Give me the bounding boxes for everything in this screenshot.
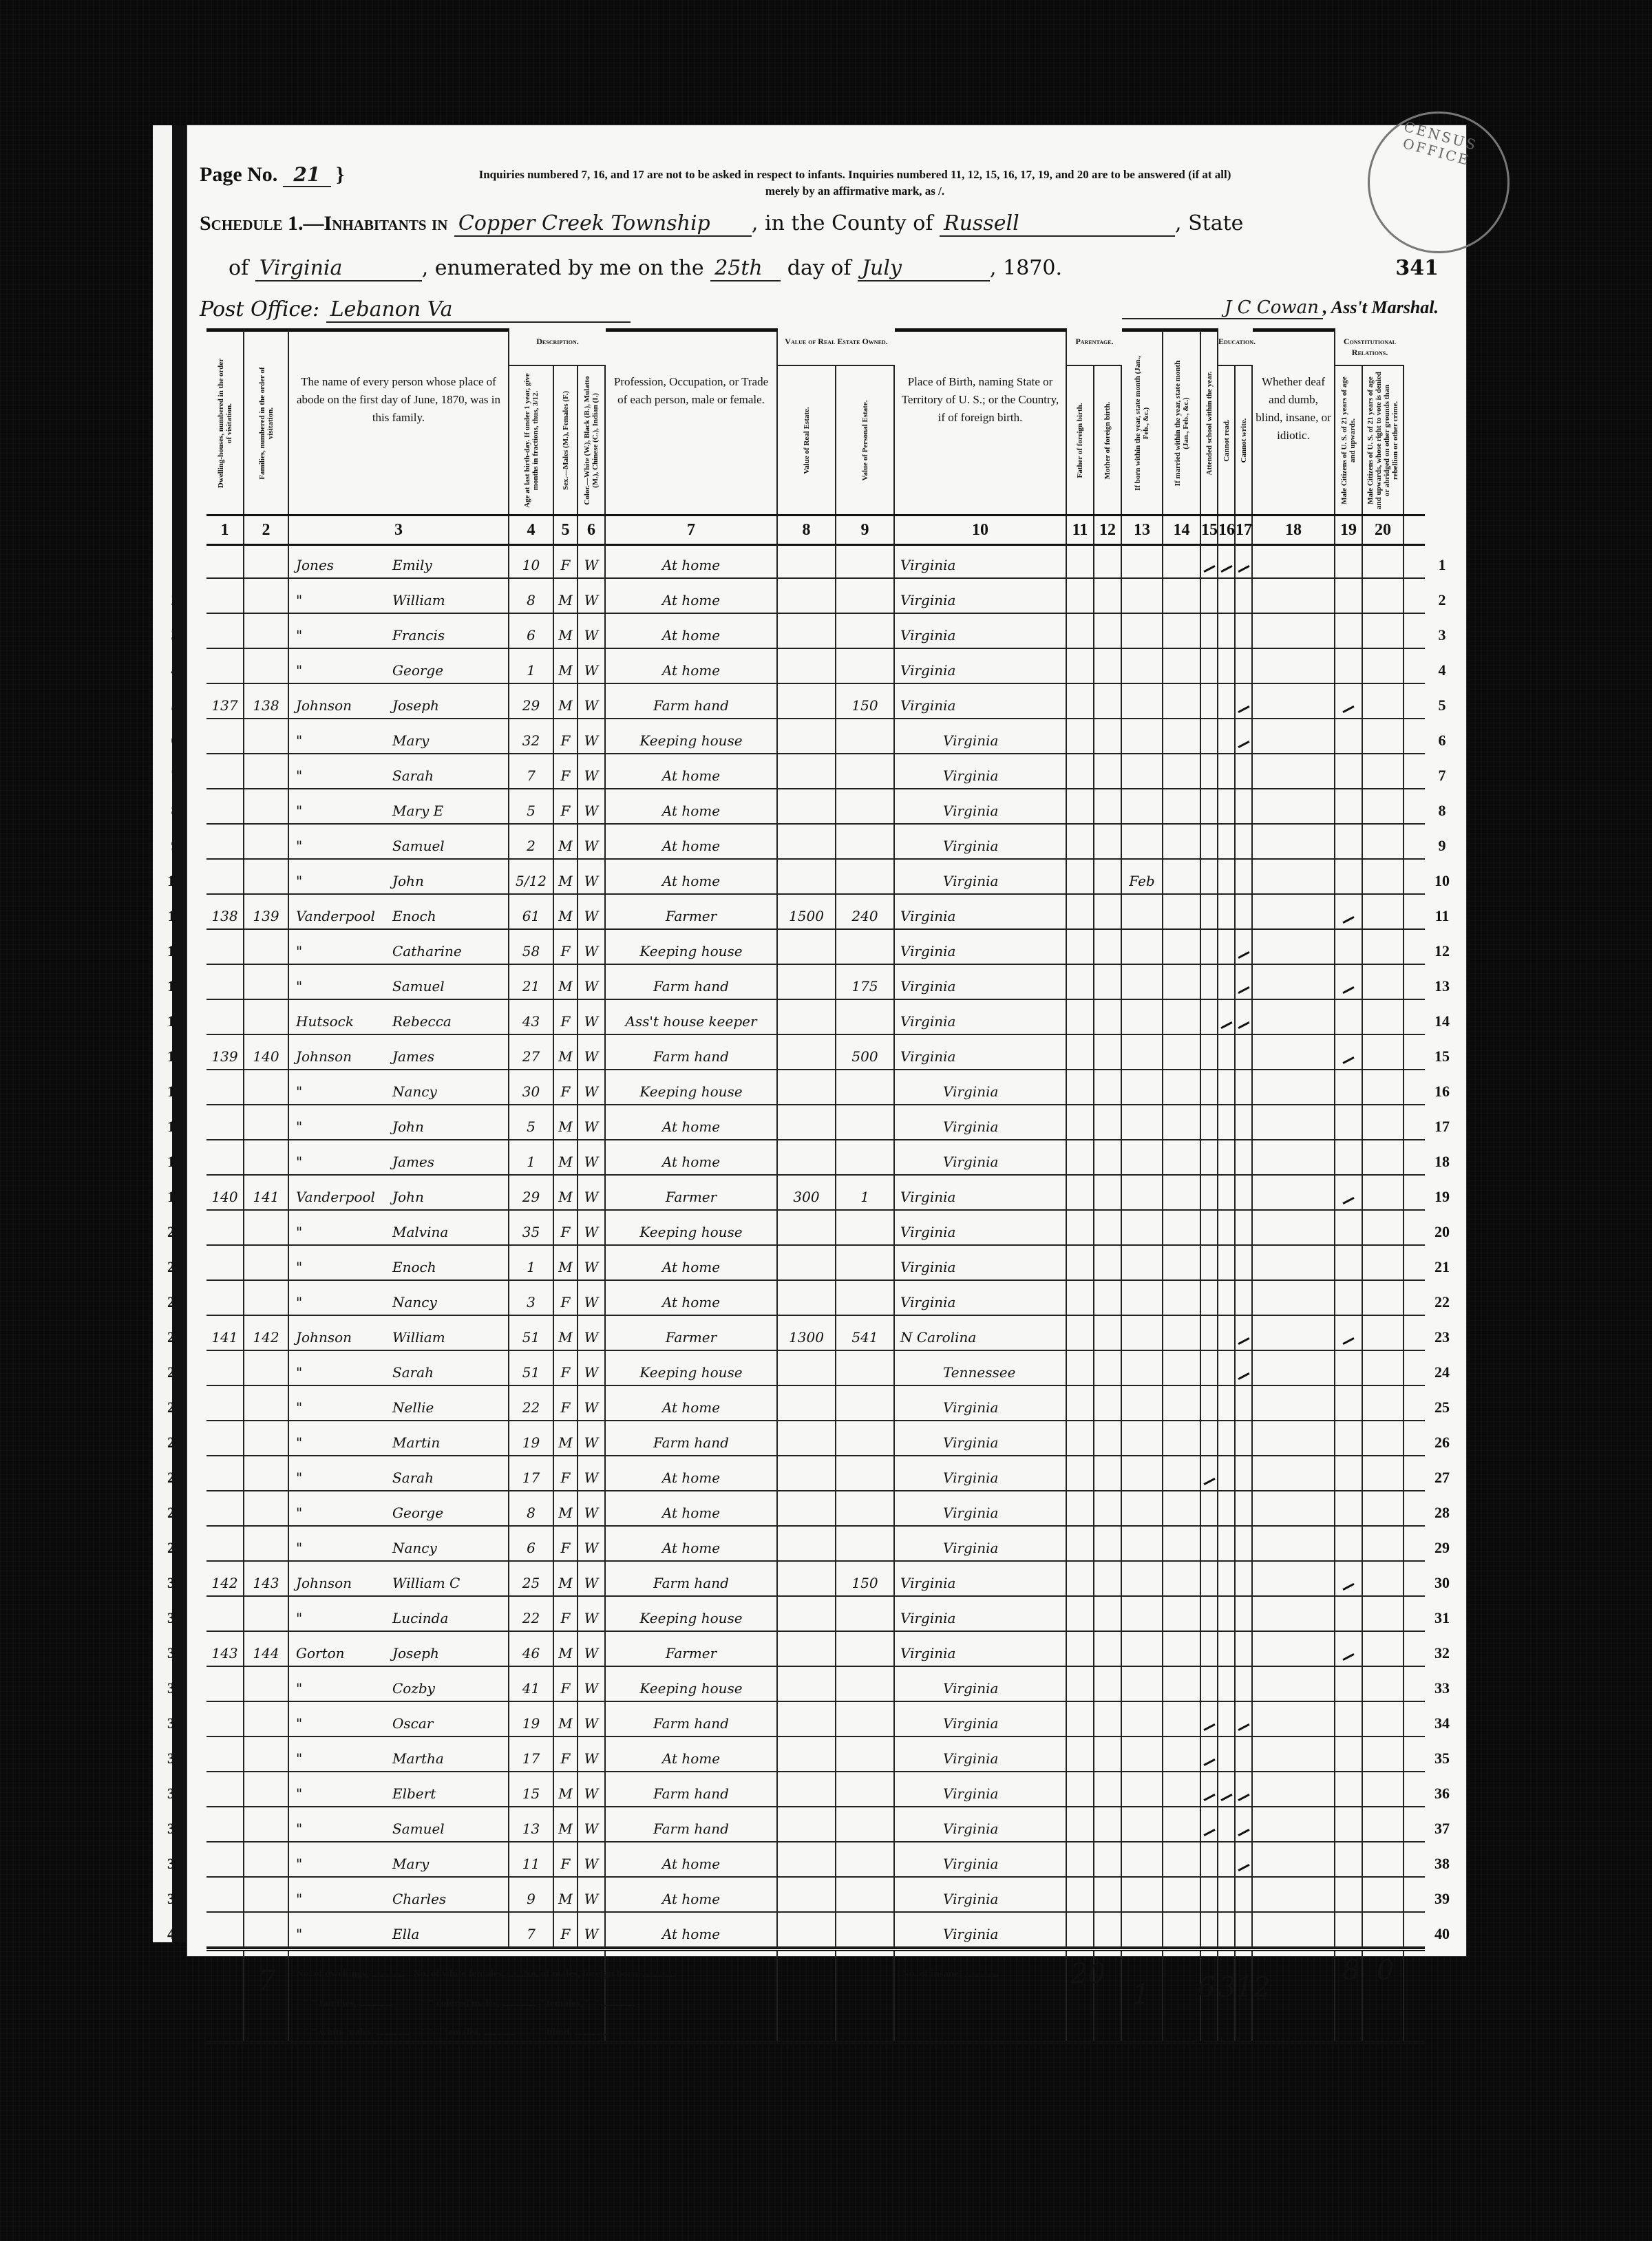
cell-col-15	[1201, 684, 1218, 718]
cell-col-13: Feb	[1122, 860, 1163, 893]
cell-col-12	[1094, 649, 1122, 683]
age-value: 8	[527, 592, 536, 608]
cell-col-15	[1201, 1316, 1218, 1350]
cell-col-15	[1201, 579, 1218, 613]
cell-col-1	[206, 649, 244, 683]
cell-col-13	[1122, 1070, 1163, 1104]
surname: Vanderpool	[296, 1176, 375, 1209]
sex-value: M	[558, 697, 572, 714]
age-value: 17	[522, 1750, 540, 1767]
table-row: "Elbert15MWFarm handVirginia3636	[206, 1772, 1425, 1807]
cell-col-8	[778, 1246, 836, 1279]
cell-col-14	[1163, 1878, 1201, 1911]
birthplace-value: Virginia	[895, 1048, 955, 1065]
cell-col-2	[244, 825, 289, 858]
footer-males-foreign-label: No. of males, foreign born,	[523, 1968, 676, 1980]
cell-col-3: "James	[289, 1140, 509, 1174]
sex-value: M	[558, 978, 572, 995]
occupation-value: At home	[662, 767, 720, 784]
column-header-label: Age at last birth-day. If under 1 year, …	[523, 372, 540, 509]
cell-col-17	[1236, 1316, 1253, 1350]
birthplace-value: Virginia	[895, 1680, 998, 1697]
check-mark-icon	[1342, 1337, 1354, 1345]
footer-blank-line	[602, 2005, 635, 2006]
footer-label-text: " " " females,	[420, 2027, 480, 2038]
cell-col-13	[1122, 1035, 1163, 1069]
cell-col-6: W	[578, 614, 606, 648]
cell-col-15	[1201, 1000, 1218, 1034]
cell-col-8	[778, 1035, 836, 1069]
cell-col-14	[1163, 1140, 1201, 1174]
cell-col-20	[1363, 789, 1404, 823]
cell-col-8	[778, 754, 836, 788]
cell-col-12	[1094, 1737, 1122, 1771]
given-name: Nancy	[392, 1281, 437, 1315]
column-number: 12	[1094, 516, 1122, 544]
cell-col-13	[1122, 1351, 1163, 1385]
column-header-13: If born within the year, state month (Ja…	[1122, 328, 1163, 514]
cell-col-9: 175	[836, 965, 895, 999]
cell-col-15	[1201, 1878, 1218, 1911]
column-header-label: Whether deaf and dumb, blind, insane, or…	[1256, 373, 1331, 445]
cell-col-13	[1122, 1702, 1163, 1736]
footer-label-text: " " families,	[303, 1998, 357, 2009]
age-value: 7	[527, 1926, 536, 1942]
given-name: Enoch	[392, 895, 436, 928]
cell-col-6: W	[578, 1667, 606, 1701]
cell-col-12	[1094, 825, 1122, 858]
cell-col-13	[1122, 1772, 1163, 1806]
cell-col-4: 25	[509, 1562, 554, 1595]
cell-col-4: 35	[509, 1211, 554, 1244]
occupation-value: Farm hand	[653, 1434, 729, 1451]
column-header-label: Families, numbered in the order of visit…	[258, 354, 275, 492]
cell-col-20	[1363, 614, 1404, 648]
cell-col-15	[1201, 1105, 1218, 1139]
birthplace-value: Virginia	[895, 1575, 955, 1591]
cell-col-7: At home	[606, 1878, 778, 1911]
cell-col-16	[1218, 1140, 1236, 1174]
cell-col-12	[1094, 1000, 1122, 1034]
cell-col-5: M	[554, 860, 578, 893]
cell-col-20	[1363, 1211, 1404, 1244]
cell-col-4: 2	[509, 825, 554, 858]
cell-col-10: Virginia	[895, 719, 1067, 753]
cell-col-4: 21	[509, 965, 554, 999]
cell-col-5: M	[554, 1246, 578, 1279]
occupation-value: At home	[662, 1154, 720, 1170]
cell-col-18	[1253, 1807, 1335, 1841]
cell-col-13	[1122, 1913, 1163, 1946]
cell-col-18	[1253, 1913, 1335, 1946]
birthplace-value: Virginia	[895, 943, 955, 959]
occupation-value: Farm hand	[653, 978, 729, 995]
cell-col-11	[1067, 1527, 1094, 1560]
age-value: 15	[522, 1785, 540, 1802]
cell-col-5: F	[554, 1211, 578, 1244]
cell-col-13	[1122, 579, 1163, 613]
cell-col-8: 1500	[778, 895, 836, 928]
cell-col-13	[1122, 544, 1163, 577]
line-number-left: 40	[165, 1913, 184, 1955]
surname: "	[296, 1351, 302, 1385]
cell-col-20	[1363, 1070, 1404, 1104]
cell-col-18	[1253, 1105, 1335, 1139]
occupation-value: Farmer	[666, 1645, 717, 1661]
cell-col-2	[244, 965, 289, 999]
cell-col-13	[1122, 614, 1163, 648]
cell-col-2	[244, 1772, 289, 1806]
cell-col-13	[1122, 1878, 1163, 1911]
table-row: "Mary32FWKeeping houseVirginia66	[206, 719, 1425, 754]
check-mark-icon	[1238, 741, 1249, 748]
occupation-value: Farm hand	[653, 1048, 729, 1065]
group-header-education: Education.	[1218, 332, 1253, 366]
cell-col-10: Virginia	[895, 1070, 1067, 1104]
birthplace-value: Virginia	[895, 1189, 955, 1205]
cell-col-6: W	[578, 1491, 606, 1525]
cell-col-3: "John	[289, 1105, 509, 1139]
cell-col-3: "Samuel	[289, 1807, 509, 1841]
cell-col-9	[836, 1421, 895, 1455]
cell-col-14	[1163, 1316, 1201, 1350]
cell-col-7: At home	[606, 1527, 778, 1560]
table-row: "Ella7FWAt homeVirginia4040	[206, 1913, 1425, 1948]
cell-col-18	[1253, 789, 1335, 823]
cell-col-9	[836, 1702, 895, 1736]
cell-col-5: F	[554, 1667, 578, 1701]
cell-col-10: N Carolina	[895, 1316, 1067, 1350]
cell-col-11	[1067, 1211, 1094, 1244]
birthplace-value: Virginia	[895, 1434, 998, 1451]
cell-col-16	[1218, 1527, 1236, 1560]
birthplace-value: N Carolina	[895, 1329, 976, 1346]
cell-col-14	[1163, 1562, 1201, 1595]
cell-col-18	[1253, 1456, 1335, 1490]
cell-col-5: F	[554, 1597, 578, 1631]
check-mark-icon	[1220, 1794, 1232, 1801]
cell-col-13	[1122, 719, 1163, 753]
cell-col-13	[1122, 1246, 1163, 1279]
surname: Gorton	[296, 1632, 345, 1666]
check-mark-icon	[1238, 1794, 1249, 1801]
table-row: "Samuel21MWFarm hand175Virginia1313	[206, 965, 1425, 1000]
table-row: "Nancy30FWKeeping houseVirginia1616	[206, 1070, 1425, 1105]
cell-col-16	[1218, 1456, 1236, 1490]
cell-col-1	[206, 1351, 244, 1385]
cell-col-2	[244, 1491, 289, 1525]
cell-col-10: Virginia	[895, 1562, 1067, 1595]
cell-col-7: Keeping house	[606, 930, 778, 964]
sex-value: M	[558, 662, 572, 679]
birthplace-value: Virginia	[895, 978, 955, 995]
cell-col-5: M	[554, 1562, 578, 1595]
occupation-value: Farmer	[666, 908, 717, 924]
column-header-label: Sex.—Males (M.), Females (F.)	[562, 372, 570, 509]
surname: Vanderpool	[296, 895, 375, 928]
column-number: 9	[836, 516, 895, 544]
cell-col-19	[1335, 1246, 1363, 1279]
cell-col-20	[1363, 1562, 1404, 1595]
cell-col-1	[206, 1456, 244, 1490]
sex-value: M	[558, 1189, 572, 1205]
line-number-right: 40	[1432, 1913, 1452, 1955]
cell-col-12	[1094, 1667, 1122, 1701]
cell-col-9: 150	[836, 684, 895, 718]
cell-col-5: F	[554, 1842, 578, 1876]
surname: "	[296, 1842, 302, 1876]
occupation-value: At home	[662, 662, 720, 679]
cell-col-1	[206, 825, 244, 858]
cell-col-15	[1201, 614, 1218, 648]
cell-col-10: Virginia	[895, 544, 1067, 577]
table-row: 137138JohnsonJoseph29MWFarm hand150Virgi…	[206, 684, 1425, 719]
cell-col-20	[1363, 1737, 1404, 1771]
cell-col-3: "Nancy	[289, 1281, 509, 1315]
cell-col-13	[1122, 1105, 1163, 1139]
occupation-value: At home	[662, 627, 720, 644]
color-value: W	[584, 1154, 599, 1170]
surname: Hutsock	[296, 1000, 354, 1034]
cell-col-8: 1300	[778, 1316, 836, 1350]
column-header-12: Mother of foreign birth.	[1094, 366, 1122, 514]
footer-label-text: " " females, " "	[530, 1998, 599, 2009]
birthplace-value: Virginia	[895, 838, 998, 854]
cell-col-1	[206, 1491, 244, 1525]
age-value: 9	[527, 1891, 536, 1907]
cell-col-16	[1218, 1597, 1236, 1631]
column-header-7: Profession, Occupation, or Trade of each…	[606, 328, 778, 514]
cell-col-7: Keeping house	[606, 719, 778, 753]
color-value: W	[584, 1224, 599, 1240]
cell-col-20	[1363, 1351, 1404, 1385]
cell-col-18	[1253, 649, 1335, 683]
cell-col-14	[1163, 1702, 1201, 1736]
cell-col-16	[1218, 1702, 1236, 1736]
surname: "	[296, 1913, 302, 1946]
check-mark-icon	[1220, 1021, 1232, 1029]
cell-col-5: M	[554, 1807, 578, 1841]
column-number: 2	[244, 516, 289, 544]
birthplace-value: Tennessee	[895, 1364, 1015, 1381]
cell-col-17	[1236, 1246, 1253, 1279]
color-value: W	[584, 1645, 599, 1661]
color-value: W	[584, 1575, 599, 1591]
check-mark-icon	[1238, 1372, 1249, 1380]
check-mark-icon	[1238, 1337, 1249, 1345]
cell-col-10: Virginia	[895, 1386, 1067, 1420]
cell-col-16	[1218, 1842, 1236, 1876]
cell-col-5: M	[554, 684, 578, 718]
cell-col-7: Farmer	[606, 895, 778, 928]
cell-col-18	[1253, 1491, 1335, 1525]
cell-col-5: M	[554, 895, 578, 928]
color-value: W	[584, 1926, 599, 1942]
day-field: 25th	[710, 256, 781, 282]
occupation-value: Keeping house	[639, 732, 742, 749]
sex-value: M	[558, 1118, 572, 1135]
cell-col-7: Farm hand	[606, 1035, 778, 1069]
cell-col-11	[1067, 719, 1094, 753]
cell-col-4: 6	[509, 1527, 554, 1560]
group-header-value-real-estate: Value of Real Estate Owned.	[778, 332, 895, 366]
cell-col-12	[1094, 614, 1122, 648]
post-office-line: Post Office: Lebanon Va	[200, 297, 631, 323]
cell-col-17	[1236, 1527, 1253, 1560]
column-header-20: Male Citizens of U. S. of 21 years of ag…	[1363, 366, 1404, 514]
cell-col-18	[1253, 1527, 1335, 1560]
table-row: "Samuel2MWAt homeVirginia99	[206, 825, 1425, 860]
cell-col-17	[1236, 1281, 1253, 1315]
cell-col-14	[1163, 1491, 1201, 1525]
color-value: W	[584, 1259, 599, 1275]
cell-col-16	[1218, 754, 1236, 788]
cell-col-3: "Enoch	[289, 1246, 509, 1279]
cell-col-20	[1363, 1913, 1404, 1946]
cell-col-8	[778, 1000, 836, 1034]
occupation-value: Farm hand	[653, 697, 729, 714]
cell-col-20	[1363, 1000, 1404, 1034]
cell-col-1	[206, 579, 244, 613]
cell-col-10: Tennessee	[895, 1351, 1067, 1385]
cell-col-2	[244, 544, 289, 577]
cell-col-4: 10	[509, 544, 554, 577]
cell-col-4: 1	[509, 649, 554, 683]
cell-col-2	[244, 1737, 289, 1771]
color-value: W	[584, 1856, 599, 1872]
cell-col-19	[1335, 1737, 1363, 1771]
sex-value: F	[561, 1610, 571, 1626]
cell-col-7: At home	[606, 544, 778, 577]
cell-col-4: 43	[509, 1000, 554, 1034]
cell-col-15	[1201, 1070, 1218, 1104]
column-header-16: Cannot read.	[1218, 366, 1236, 514]
column-header-15: Attended school within the year.	[1201, 328, 1218, 514]
given-name: Elbert	[392, 1772, 436, 1806]
cell-col-15	[1201, 965, 1218, 999]
cell-col-16	[1218, 1386, 1236, 1420]
table-row: "Martha17FWAt homeVirginia3535	[206, 1737, 1425, 1772]
cell-col-2	[244, 614, 289, 648]
cell-col-18	[1253, 1737, 1335, 1771]
color-value: W	[584, 1785, 599, 1802]
cell-col-20	[1363, 1842, 1404, 1876]
color-value: W	[584, 908, 599, 924]
cell-col-17	[1236, 1632, 1253, 1666]
cell-col-14	[1163, 1737, 1201, 1771]
check-mark-icon	[1238, 565, 1249, 573]
cell-col-2: 138	[244, 684, 289, 718]
surname: Johnson	[296, 1035, 352, 1069]
surname: "	[296, 754, 302, 788]
cell-col-11	[1067, 860, 1094, 893]
given-name: Charles	[392, 1878, 446, 1911]
cell-col-14	[1163, 1597, 1201, 1631]
table-row: "Sarah51FWKeeping houseTennessee2424	[206, 1351, 1425, 1386]
footer-females-label: " " " females,	[420, 2027, 516, 2039]
footer-blank-line	[575, 2034, 608, 2035]
cell-col-1	[206, 1386, 244, 1420]
cell-col-6: W	[578, 579, 606, 613]
color-value: W	[584, 1715, 599, 1732]
check-mark-icon	[1203, 1478, 1215, 1485]
cell-col-16	[1218, 684, 1236, 718]
given-name: Samuel	[392, 825, 445, 858]
sex-value: M	[558, 1715, 572, 1732]
table-row: "George8MWAt homeVirginia2828	[206, 1491, 1425, 1527]
cell-col-7: Farm hand	[606, 1562, 778, 1595]
cell-col-14	[1163, 1772, 1201, 1806]
cell-col-1	[206, 1807, 244, 1841]
cell-col-7: At home	[606, 649, 778, 683]
cell-col-2	[244, 1878, 289, 1911]
cell-col-8	[778, 1737, 836, 1771]
cell-col-3: "Martin	[289, 1421, 509, 1455]
cell-col-18	[1253, 1316, 1335, 1350]
cell-col-1	[206, 1246, 244, 1279]
age-value: 2	[527, 838, 536, 854]
cell-col-14	[1163, 965, 1201, 999]
cell-col-7: At home	[606, 1246, 778, 1279]
sex-value: F	[561, 767, 571, 784]
surname: Johnson	[296, 1562, 352, 1595]
cell-col-3: "Mary	[289, 719, 509, 753]
cell-col-12	[1094, 1632, 1122, 1666]
table-row: "William8MWAt homeVirginia22	[206, 579, 1425, 614]
cell-col-3: "Mary E	[289, 789, 509, 823]
cell-col-3: JohnsonWilliam C	[289, 1562, 509, 1595]
cell-col-17	[1236, 1597, 1253, 1631]
cell-col-15	[1201, 1176, 1218, 1209]
footer-cell	[606, 1951, 778, 2041]
age-value: 5	[527, 1118, 536, 1135]
birthplace-value: Virginia	[895, 1645, 955, 1661]
given-name: Mary	[392, 719, 429, 753]
cell-col-12	[1094, 789, 1122, 823]
state-field: Virginia	[255, 256, 422, 282]
cell-col-16	[1218, 789, 1236, 823]
census-page: CENSUS OFFICE Page No. 21 } Inquiries nu…	[187, 125, 1466, 1956]
cell-col-6: W	[578, 1070, 606, 1104]
cell-col-11	[1067, 1562, 1094, 1595]
color-value: W	[584, 1540, 599, 1556]
cell-col-5: M	[554, 965, 578, 999]
column-number: 16	[1218, 516, 1236, 544]
family-value: 142	[253, 1329, 279, 1346]
sex-value: M	[558, 627, 572, 644]
cell-col-14	[1163, 1456, 1201, 1490]
cell-col-19	[1335, 930, 1363, 964]
cell-col-17	[1236, 1807, 1253, 1841]
sex-value: M	[558, 873, 572, 889]
cell-col-10: Virginia	[895, 1737, 1067, 1771]
cell-col-19	[1335, 1702, 1363, 1736]
surname: "	[296, 719, 302, 753]
cell-col-10: Virginia	[895, 1913, 1067, 1946]
cell-col-2	[244, 754, 289, 788]
cell-col-10: Virginia	[895, 1211, 1067, 1244]
cell-col-2	[244, 1281, 289, 1315]
cell-col-14	[1163, 825, 1201, 858]
cell-col-16	[1218, 860, 1236, 893]
cell-col-13	[1122, 1386, 1163, 1420]
occupation-value: Keeping house	[639, 1680, 742, 1697]
cell-col-15	[1201, 1737, 1218, 1771]
cell-col-10: Virginia	[895, 1807, 1067, 1841]
cell-col-2: 140	[244, 1035, 289, 1069]
cell-col-5: M	[554, 1772, 578, 1806]
given-name: Malvina	[392, 1211, 448, 1244]
